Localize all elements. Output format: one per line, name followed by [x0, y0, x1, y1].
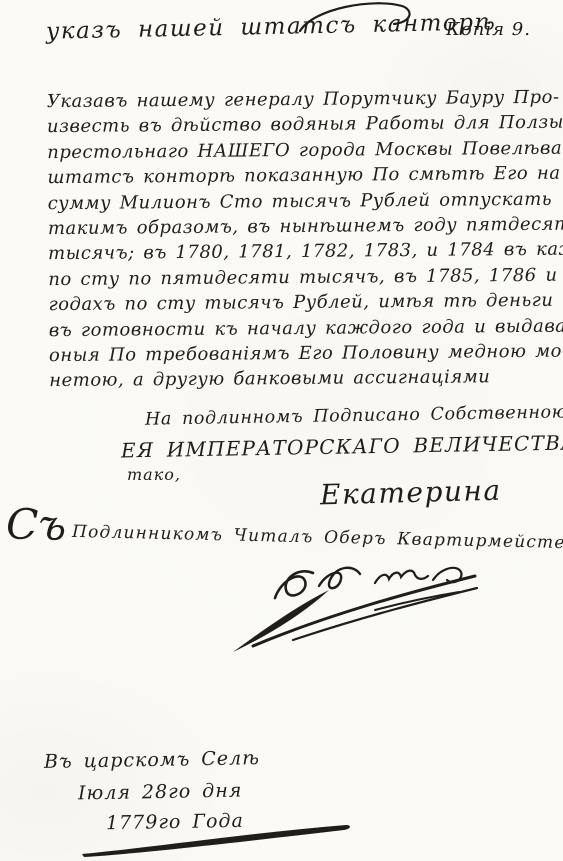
copy-number-label: Копія 9. — [446, 19, 531, 40]
quartermaster-signature-flourish — [225, 552, 481, 658]
body-line: нетою, а другую банковыми ассигнаціями — [49, 364, 541, 394]
manuscript-page: указъ нашей штатсъ канторѣ Копія 9. Указ… — [0, 0, 563, 861]
header-flourish-loop — [296, 0, 418, 34]
imperial-majesty-caps: ЕЯ ИМПЕРАТОРСКАГО ВЕЛИЧЕСТВА — [121, 430, 563, 462]
certification-line: Съ Подлинникомъ Читалъ Оберъ Квартирмейс… — [6, 503, 563, 558]
date-day: Іюля 28го дня — [78, 780, 243, 805]
certification-initial: Съ — [6, 503, 67, 546]
attestation-line-1: На подлинномъ Подписано Собственною — [145, 402, 563, 429]
decree-body: Указавъ нашему генералу Порутчику Бауру … — [47, 85, 542, 394]
body-line: штатсъ конторѣ показанную По смѣтѣ Его н… — [47, 161, 539, 191]
decree-title: указъ нашей штатсъ канторѣ — [46, 9, 497, 44]
certification-text: Подлинникомъ Читалъ Оберъ Квартирмейстер… — [72, 505, 563, 554]
body-line: годахъ по сту тысячъ Рублей, имѣя тѣ ден… — [48, 288, 540, 318]
attestation-line-3: тако, — [127, 465, 181, 484]
date-underline-swash — [78, 820, 356, 858]
catherine-signature: Екатерина — [320, 474, 502, 512]
date-place: Въ царскомъ Селѣ — [44, 747, 260, 773]
attestation-line-2: ЕЯ ИМПЕРАТОРСКАГО ВЕЛИЧЕСТВАрукою — [121, 430, 563, 463]
